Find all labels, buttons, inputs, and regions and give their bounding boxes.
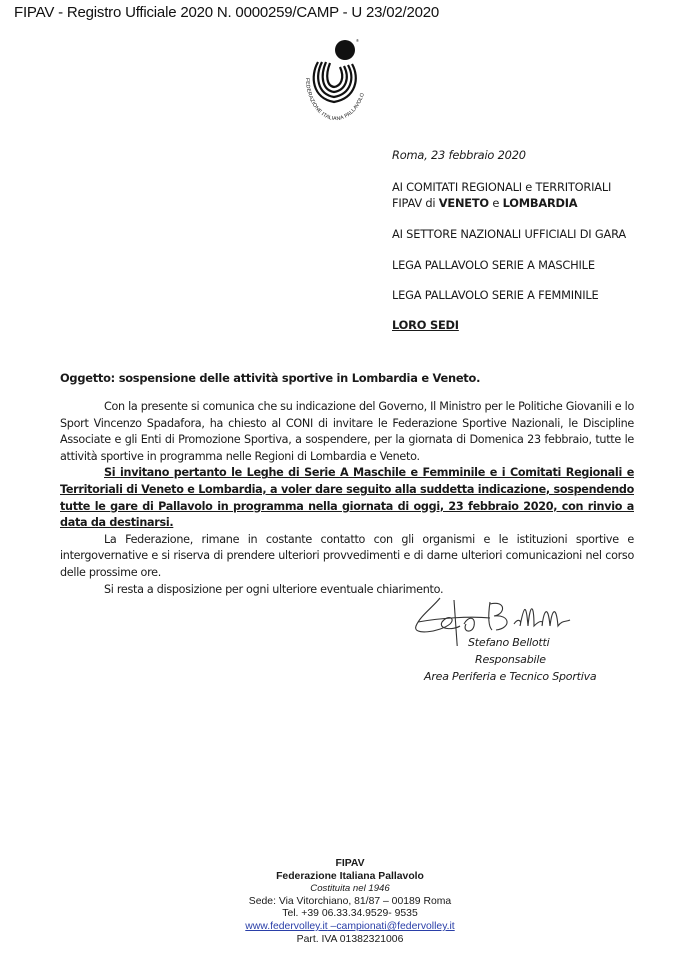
- letterhead-footer: FIPAV Federazione Italiana Pallavolo Cos…: [220, 858, 480, 946]
- website-link[interactable]: www.federvolley.it: [245, 921, 327, 932]
- region-veneto: VENETO: [439, 196, 489, 210]
- svg-text:FEDERAZIONE ITALIANA PALLAVOLO: FEDERAZIONE ITALIANA PALLAVOLO: [304, 78, 366, 122]
- loro-sedi: LORO SEDI: [392, 318, 459, 332]
- fipav-logo-icon: ® FEDERAZIONE ITALIANA PALLAVOLO: [300, 36, 372, 128]
- recipient-line-3: AI SETTORE NAZIONALI UFFICIALI DI GARA: [392, 227, 626, 241]
- paragraph-3: La Federazione, rimane in costante conta…: [60, 532, 634, 582]
- footer-vat: Part. IVA 01382321006: [220, 934, 480, 947]
- footer-org-full: Federazione Italiana Pallavolo: [220, 871, 480, 884]
- recipient-line-6: LORO SEDI: [392, 318, 459, 332]
- recipient-line-4: LEGA PALLAVOLO SERIE A MASCHILE: [392, 258, 595, 272]
- recipient-line-5: LEGA PALLAVOLO SERIE A FEMMINILE: [392, 288, 599, 302]
- signatory-role: Responsabile: [475, 653, 546, 666]
- letter-body: Con la presente si comunica che su indic…: [60, 399, 634, 598]
- signatory-name: Stefano Bellotti: [468, 636, 550, 649]
- logo-text: FEDERAZIONE ITALIANA PALLAVOLO: [304, 78, 366, 122]
- paragraph-2-highlight: Si invitano pertanto le Leghe di Serie A…: [60, 465, 634, 531]
- recipient-line-1: AI COMITATI REGIONALI e TERRITORIALI: [392, 180, 611, 194]
- recipient-conjunction: e: [489, 196, 503, 210]
- email-link[interactable]: campionati@federvolley.it: [336, 921, 454, 932]
- registered-mark: ®: [356, 38, 359, 43]
- footer-phone: Tel. +39 06.33.34.9529- 9535: [220, 908, 480, 921]
- paragraph-1: Con la presente si comunica che su indic…: [60, 399, 634, 465]
- recipient-prefix: FIPAV di: [392, 196, 439, 210]
- recipient-line-2: FIPAV di VENETO e LOMBARDIA: [392, 196, 577, 210]
- region-lombardia: LOMBARDIA: [503, 196, 578, 210]
- footer-org-short: FIPAV: [220, 858, 480, 871]
- signatory-department: Area Periferia e Tecnico Sportiva: [424, 670, 596, 683]
- footer-address: Sede: Via Vitorchiano, 81/87 – 00189 Rom…: [220, 896, 480, 909]
- subject-line: Oggetto: sospensione delle attività spor…: [60, 371, 480, 385]
- registry-stamp: FIPAV - Registro Ufficiale 2020 N. 00002…: [14, 4, 439, 21]
- place-date: Roma, 23 febbraio 2020: [392, 148, 526, 162]
- footer-founded: Costituita nel 1946: [220, 883, 480, 896]
- footer-links: www.federvolley.it –campionati@federvoll…: [220, 921, 480, 934]
